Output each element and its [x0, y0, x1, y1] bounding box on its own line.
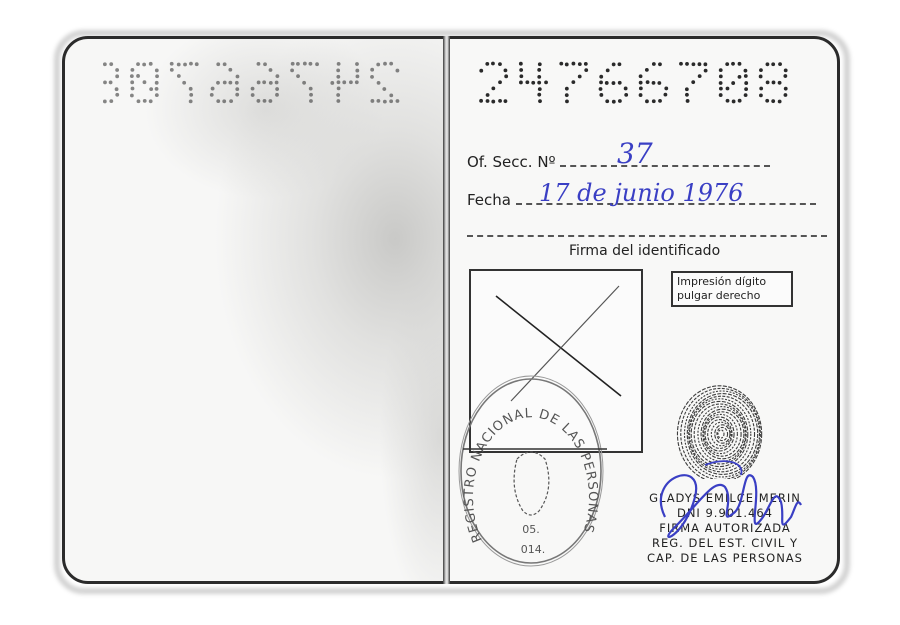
registry-stamp: REGISTRO NACIONAL DE LAS PERSONAS 05. 01… — [455, 361, 607, 567]
perforated-number-mirrored — [103, 59, 403, 109]
emblem-icon — [514, 452, 549, 515]
svg-text:014.: 014. — [521, 543, 546, 556]
signature-caption: Firma del identificado — [569, 243, 720, 259]
office-value: 37 — [617, 137, 653, 170]
date-value: 17 de junio 1976 — [539, 179, 744, 207]
authorized-signature — [645, 457, 815, 557]
svg-text:05.: 05. — [522, 523, 540, 536]
thumbprint-label: Impresión dígito pulgar derecho — [671, 271, 793, 307]
thumbprint-label-line1: Impresión dígito — [677, 275, 787, 289]
booklet-spine — [443, 36, 450, 584]
id-booklet: Of. Secc. Nº 37 Fecha 17 de junio 1976 F… — [62, 36, 840, 584]
thumbprint-label-line2: pulgar derecho — [677, 289, 787, 303]
office-label: Of. Secc. Nº — [467, 153, 556, 171]
date-label: Fecha — [467, 191, 511, 209]
signature-line — [467, 235, 827, 237]
office-line — [560, 165, 770, 167]
right-page: Of. Secc. Nº 37 Fecha 17 de junio 1976 F… — [446, 36, 840, 584]
left-page — [62, 36, 448, 584]
perforated-number — [475, 59, 815, 109]
